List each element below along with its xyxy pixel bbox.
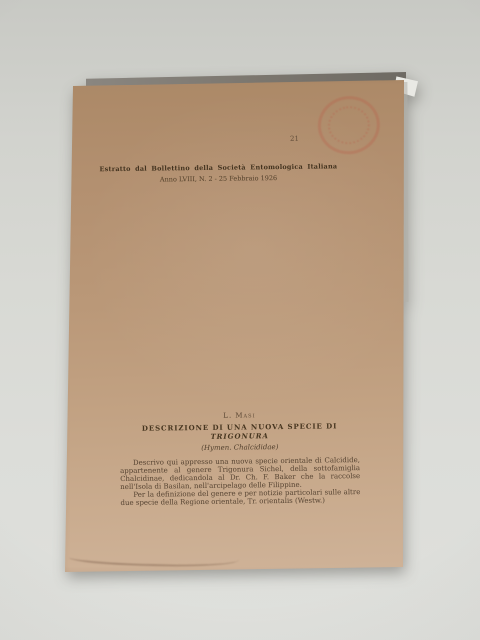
cover-page: 21 Estratto dal Bollettino della Società… — [60, 72, 412, 580]
article-heading-block: L. Masi DESCRIZIONE DI UNA NUOVA SPECIE … — [119, 410, 360, 507]
article-title-genus: TRIGONURA — [210, 431, 268, 441]
article-subtitle: (Hymen. Chalcididae) — [120, 442, 360, 453]
body-paragraph-1: Descrivo qui appresso una nuova specie o… — [120, 456, 360, 491]
issue-date-line: Anno LVIII, N. 2 - 25 Febbraio 1926 — [88, 173, 348, 184]
journal-header: Estratto dal Bollettino della Società En… — [88, 162, 348, 184]
paper-crease — [69, 546, 240, 570]
pamphlet: 21 Estratto dal Bollettino della Società… — [60, 72, 412, 580]
circular-ink-stamp — [314, 92, 384, 159]
page-number: 21 — [290, 135, 299, 143]
article-title: DESCRIZIONE DI UNA NUOVA SPECIE DI TRIGO… — [120, 421, 360, 442]
stamp-inner-ring — [325, 103, 372, 147]
photo-scene: 21 Estratto dal Bollettino della Società… — [0, 0, 480, 640]
article-body: Descrivo qui appresso una nuova specie o… — [120, 456, 361, 507]
author-name: L. Masi — [119, 410, 359, 421]
body-paragraph-2: Per la definizione del genere e per noti… — [120, 488, 360, 507]
journal-title-line: Estratto dal Bollettino della Società En… — [88, 162, 348, 173]
cover-page-content: 21 Estratto dal Bollettino della Società… — [57, 69, 415, 581]
